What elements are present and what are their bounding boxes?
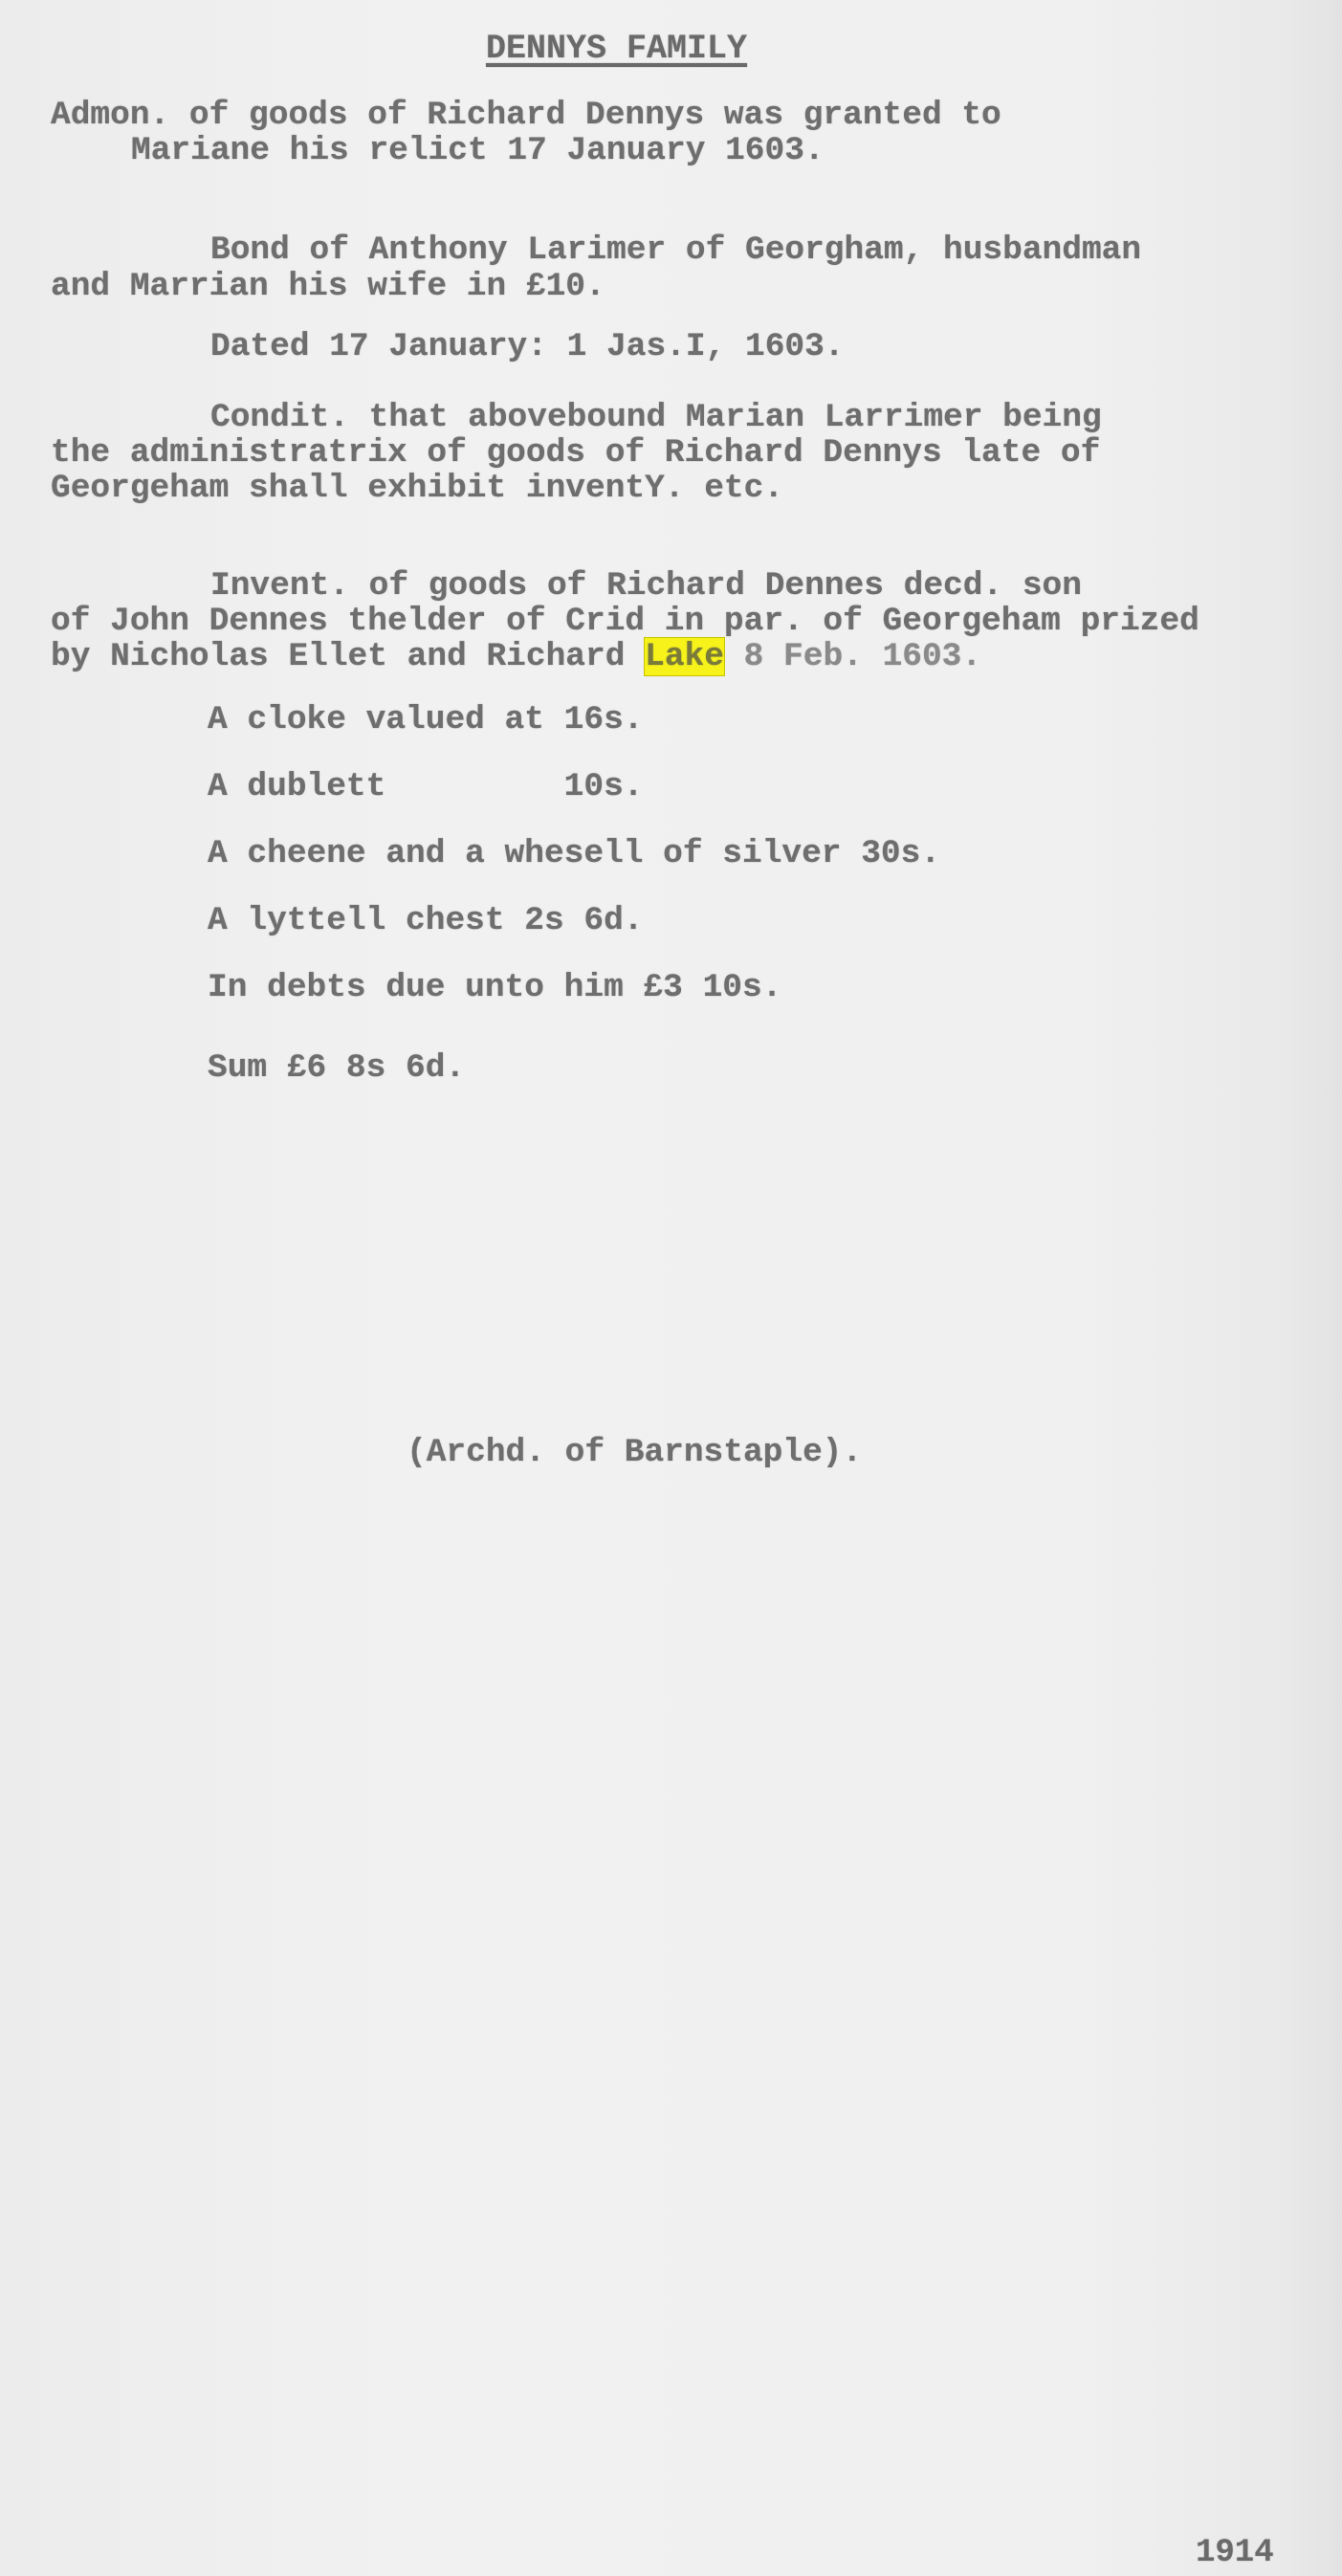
inventory-item: A lyttell chest 2s 6d. [208,905,643,938]
inventory-intro-line-3-end: 8 Feb. 1603. [724,638,981,675]
inventory-intro-line-3: by Nicholas Ellet and Richard Lake 8 Feb… [51,641,981,674]
highlighted-word[interactable]: Lake [645,638,724,675]
admon-line-1: Admon. of goods of Richard Dennys was gr… [51,99,1001,133]
inventory-item: A cloke valued at 16s. [208,704,643,738]
inventory-intro-line-3-start: by Nicholas Ellet and Richard [51,638,645,675]
bond-line-2: and Marrian his wife in £10. [51,271,605,304]
source-citation: (Archd. of Barnstaple). [407,1437,862,1470]
inventory-intro-line-2: of John Dennes thelder of Crid in par. o… [51,605,1199,639]
inventory-item: A cheene and a whesell of silver 30s. [208,838,940,871]
bond-line-1: Bond of Anthony Larimer of Georgham, hus… [210,234,1141,268]
dated-line: Dated 17 January: 1 Jas.I, 1603. [210,331,845,364]
inventory-intro-line-1: Invent. of goods of Richard Dennes decd.… [210,570,1082,604]
condition-line-1: Condit. that abovebound Marian Larrimer … [210,402,1102,435]
page-number: 1914 [1196,2537,1274,2569]
inventory-item: In debts due unto him £3 10s. [208,972,781,1005]
document-page: DENNYS FAMILY Admon. of goods of Richard… [0,0,1342,2576]
condition-line-2: the administratrix of goods of Richard D… [51,437,1100,471]
inventory-item: A dublett 10s. [208,771,643,804]
document-title: DENNYS FAMILY [486,33,747,66]
condition-line-3: Georgeham shall exhibit inventY. etc. [51,473,783,506]
sum-line: Sum £6 8s 6d. [208,1052,465,1086]
admon-line-2: Mariane his relict 17 January 1603. [131,135,825,168]
